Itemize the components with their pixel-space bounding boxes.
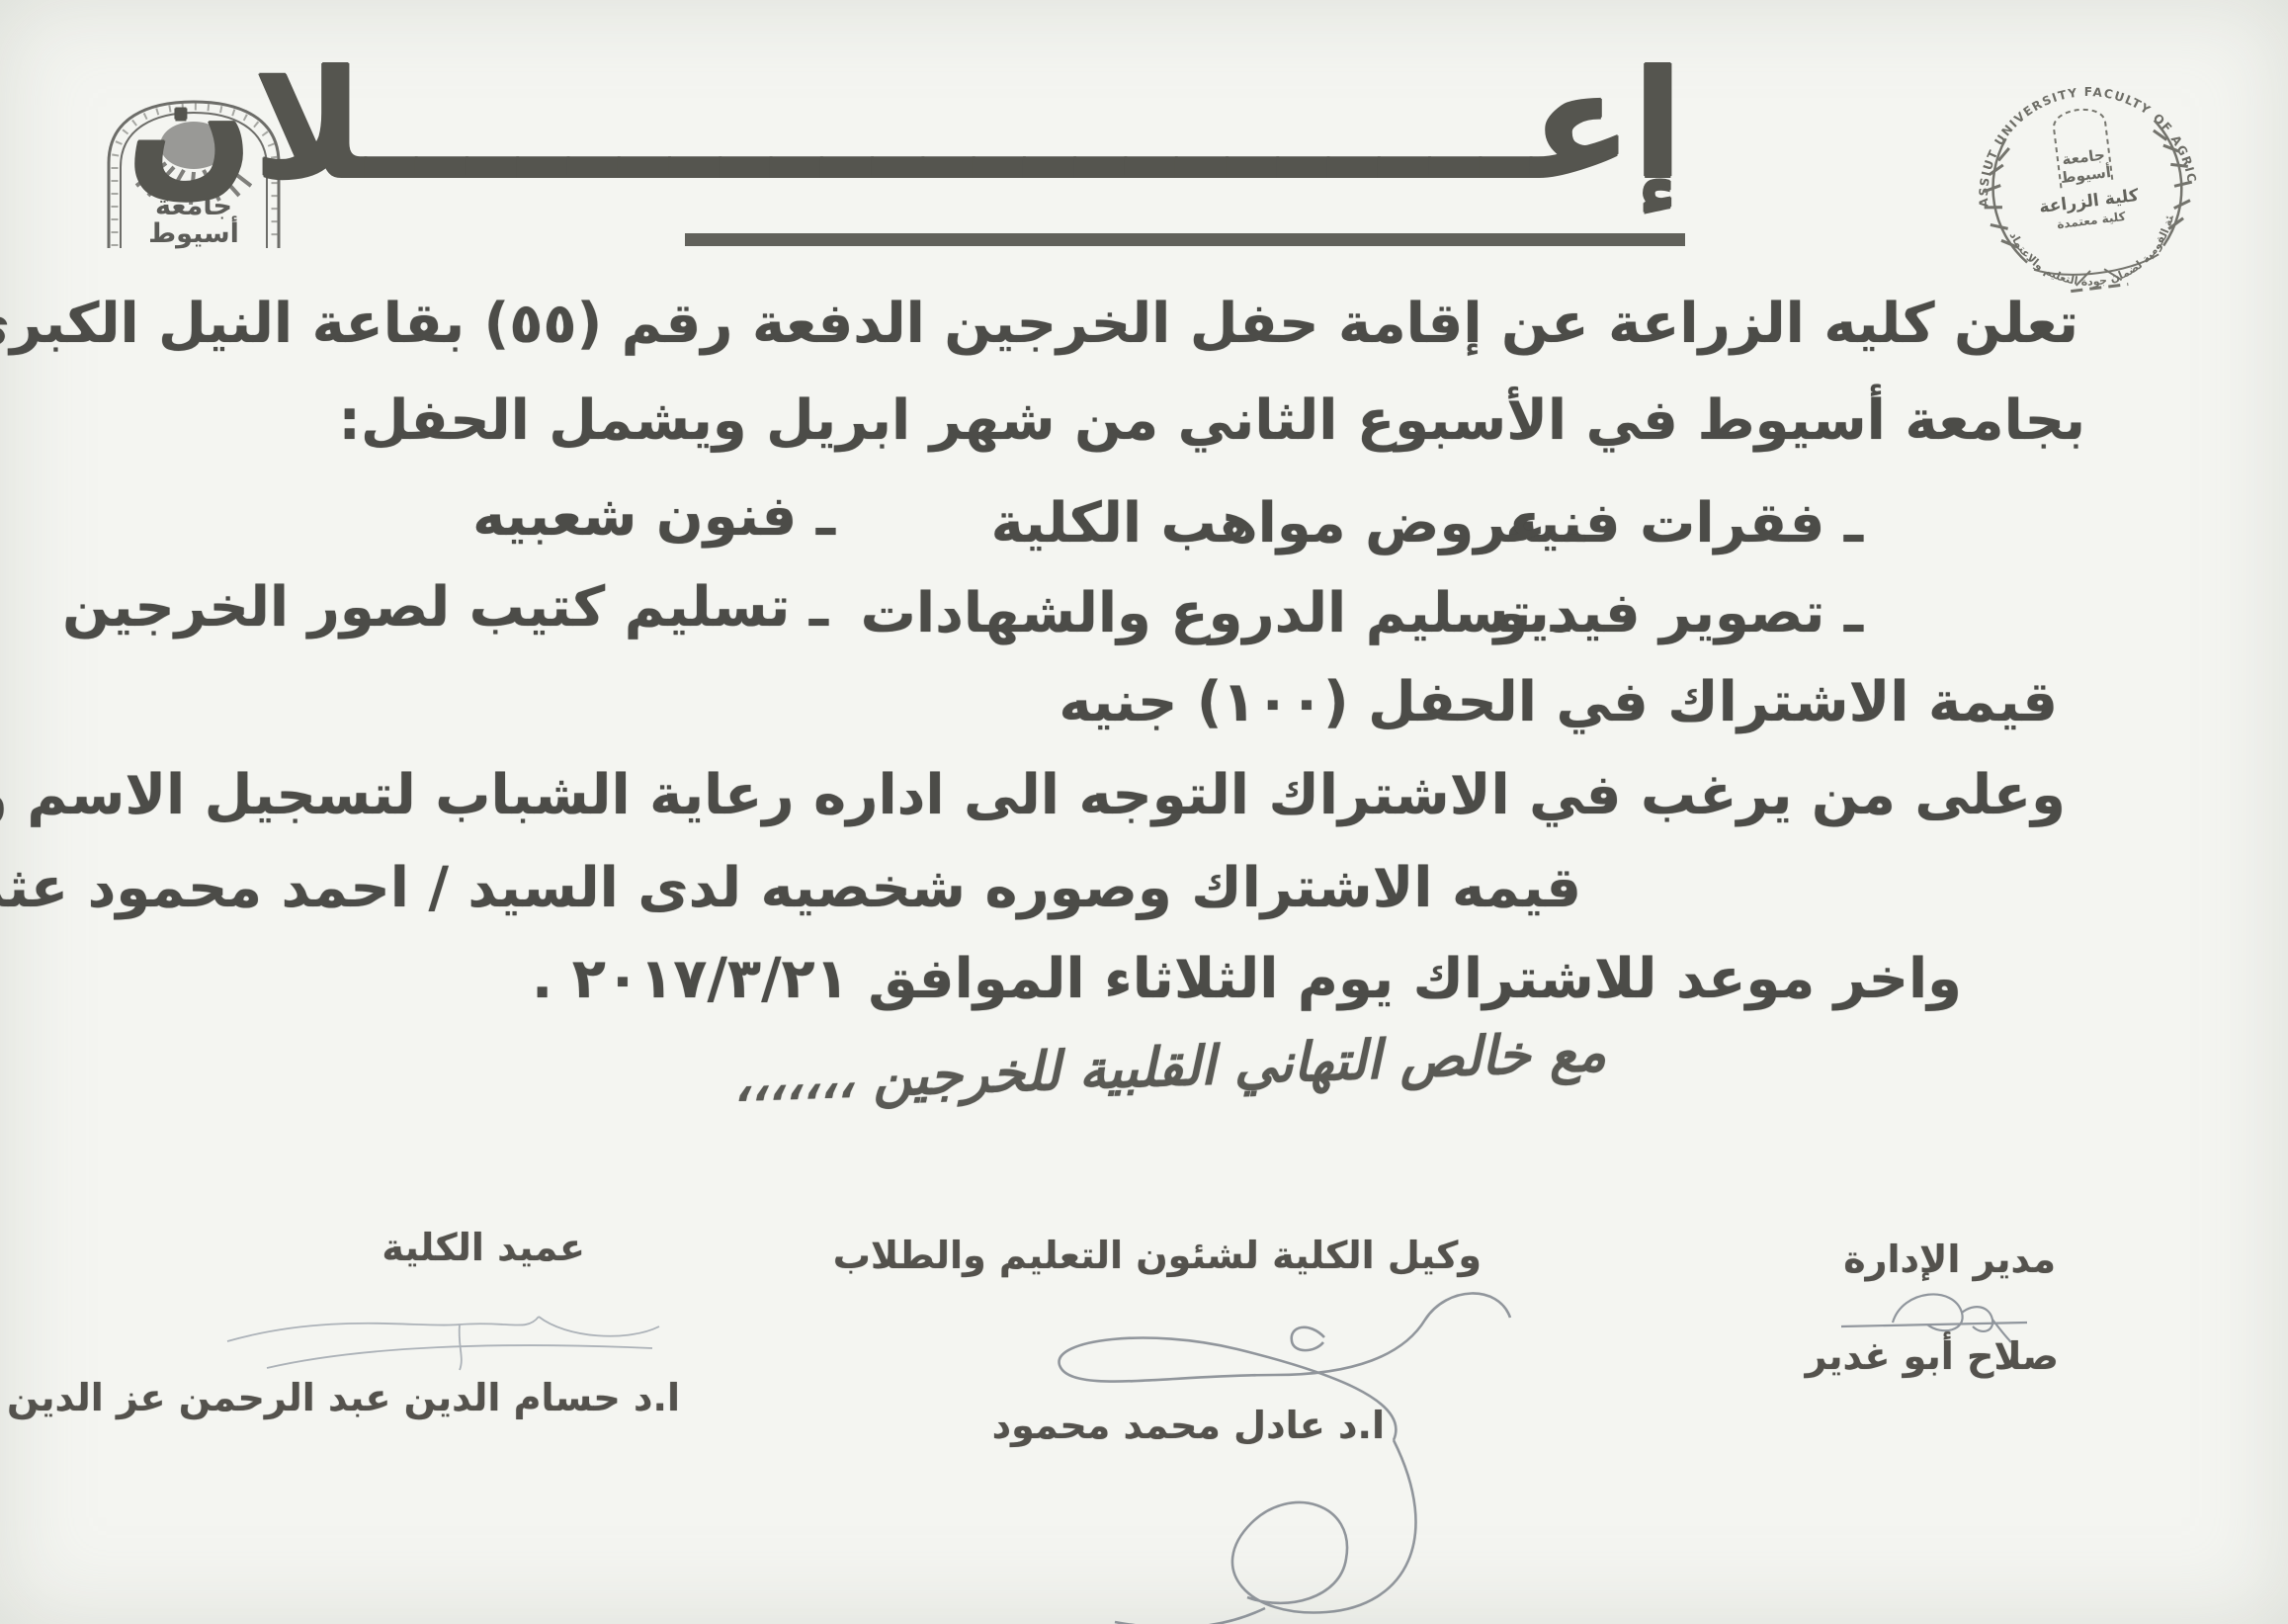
announcement-title: إعـــــــــــــــــــــــلان	[127, 51, 1683, 200]
program-item-shields-certificates: ـ تسليم الدروع والشهادات	[861, 581, 1569, 645]
title-underline	[685, 233, 1685, 246]
vice-dean-name: ا.د عادل محمد محمود	[992, 1404, 1385, 1447]
announcement-line-intro: تعلن كليه الزراعة عن إقامة حفل الخرجين ا…	[0, 292, 2078, 356]
announcement-line-registration-1: وعلى من يرغب في الاشتراك التوجه الى ادار…	[0, 763, 2066, 827]
announcement-line-venue: بجامعة أسيوط في الأسبوع الثاني من شهر اب…	[339, 388, 2085, 453]
dean-name: ا.د حسام الدين عبد الرحمن عز الدين	[7, 1376, 680, 1419]
announcement-line-fee: قيمة الاشتراك في الحفل (١٠٠) جنيه	[1059, 670, 2058, 734]
svg-text:ASSIUT UNIVERSITY FACULTY OF A: ASSIUT UNIVERSITY FACULTY OF AGRICULTURE	[1949, 53, 2199, 213]
vice-dean-title: وكيل الكلية لشئون التعليم والطلاب	[833, 1234, 1482, 1277]
announcement-line-closing: مع خالص التهاني القلبية للخرجين ،،،،،،،	[732, 1021, 1607, 1114]
scanned-announcement-page: جامعة أسيوط إعـــــــــــــــــــــــلان…	[0, 0, 2288, 1624]
seal-top-text: ASSIUT UNIVERSITY FACULTY OF AGRICULTURE	[1949, 53, 2199, 213]
program-item-folk-arts: ـ فنون شعبيه	[472, 484, 835, 549]
program-item-college-talents: ـ عروض مواهب الكلية	[991, 491, 1584, 556]
announcement-line-registration-2: قيمه الاشتراك وصوره شخصيه لدى السيد / اح…	[0, 856, 1581, 920]
faculty-of-agriculture-seal: ASSIUT UNIVERSITY FACULTY OF AGRICULTURE…	[1949, 53, 2224, 309]
university-name-line2: أسيوط	[148, 215, 239, 249]
admin-director-name: صلاح أبو غدير	[1806, 1334, 2059, 1378]
vice-dean-signature	[1028, 1280, 1552, 1624]
announcement-line-deadline: واخر موعد للاشتراك يوم الثلاثاء الموافق …	[532, 947, 1962, 1011]
dean-title: عميد الكلية	[381, 1226, 585, 1269]
faculty-seal-icon: ASSIUT UNIVERSITY FACULTY OF AGRICULTURE…	[1949, 53, 2224, 309]
program-item-photo-booklet: ـ تسليم كتيب لصور الخرجين	[62, 575, 828, 640]
dean-signature	[212, 1287, 687, 1386]
